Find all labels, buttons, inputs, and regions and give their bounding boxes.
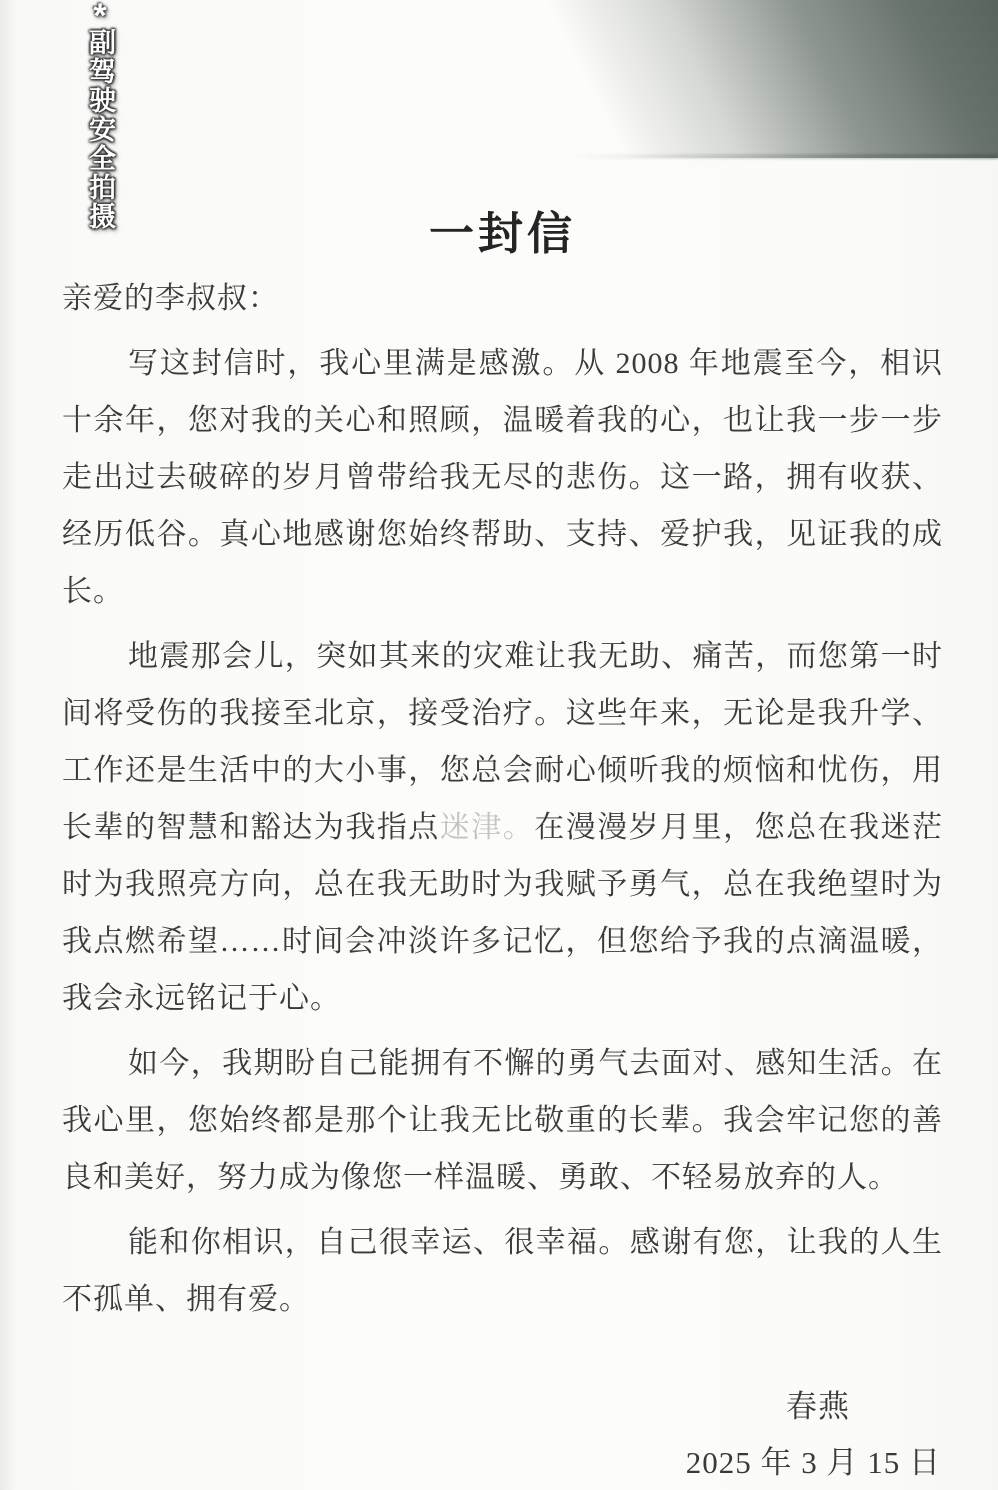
asterisk-mark: * bbox=[76, 4, 124, 28]
letter-line: 间将受伤的我接至北京，接受治疗。这些年来，无论是我升学、 bbox=[62, 685, 943, 742]
signature: 春燕 bbox=[62, 1378, 943, 1435]
watermark-text: 副驾驶安全拍摄 bbox=[76, 28, 124, 231]
letter-photo-page: * 副驾驶安全拍摄 一封信 亲爱的李叔叔： 写这封信时，我心里满是感激。从 20… bbox=[0, 0, 998, 1490]
letter-title: 一封信 bbox=[62, 208, 943, 260]
letter-line: 良和美好，努力成为像您一样温暖、勇敢、不轻易放弃的人。 bbox=[62, 1149, 943, 1206]
date: 2025 年 3 月 15 日 bbox=[62, 1435, 943, 1490]
letter-line: 不孤单、拥有爱。 bbox=[62, 1271, 943, 1328]
paragraph-2: 地震那会儿，突如其来的灾难让我无助、痛苦，而您第一时 间将受伤的我接至北京，接受… bbox=[62, 628, 943, 1027]
letter-line: 长。 bbox=[62, 563, 943, 620]
letter-line-segment: 长辈的智慧和豁达为我指点 bbox=[62, 811, 440, 844]
paragraph-1: 写这封信时，我心里满是感激。从 2008 年地震至今，相识 十余年，您对我的关心… bbox=[62, 335, 943, 620]
letter-line: 我会永远铭记于心。 bbox=[62, 970, 943, 1027]
letter-line: 经历低谷。真心地感谢您始终帮助、支持、爱护我，见证我的成 bbox=[62, 506, 943, 563]
letter-line: 我心里，您始终都是那个让我无比敬重的长辈。我会牢记您的善 bbox=[62, 1092, 943, 1149]
letter-line: 地震那会儿，突如其来的灾难让我无助、痛苦，而您第一时 bbox=[62, 628, 943, 685]
letter-line: 十余年，您对我的关心和照顾，温暖着我的心，也让我一步一步 bbox=[62, 392, 943, 449]
letter-line: 如今，我期盼自己能拥有不懈的勇气去面对、感知生活。在 bbox=[62, 1035, 943, 1092]
letter-body: 一封信 亲爱的李叔叔： 写这封信时，我心里满是感激。从 2008 年地震至今，相… bbox=[62, 208, 943, 1490]
salutation: 亲爱的李叔叔： bbox=[62, 270, 943, 327]
letter-line: 时为我照亮方向，总在我无助时为我赋予勇气，总在我绝望时为 bbox=[62, 856, 943, 913]
faded-text-segment: 迷津。 bbox=[440, 811, 534, 844]
letter-line: 写这封信时，我心里满是感激。从 2008 年地震至今，相识 bbox=[62, 335, 943, 392]
letter-line: 工作还是生活中的大小事，您总会耐心倾听我的烦恼和忧伤，用 bbox=[62, 742, 943, 799]
letter-line: 能和你相识，自己很幸运、很幸福。感谢有您，让我的人生 bbox=[62, 1214, 943, 1271]
paragraph-4: 能和你相识，自己很幸运、很幸福。感谢有您，让我的人生 不孤单、拥有爱。 bbox=[62, 1214, 943, 1328]
letter-line: 长辈的智慧和豁达为我指点迷津。在漫漫岁月里，您总在我迷茫 bbox=[62, 799, 943, 856]
letter-line: 走出过去破碎的岁月曾带给我无尽的悲伤。这一路，拥有收获、 bbox=[62, 449, 943, 506]
photo-corner-shadow bbox=[433, 0, 998, 158]
paragraph-3: 如今，我期盼自己能拥有不懈的勇气去面对、感知生活。在 我心里，您始终都是那个让我… bbox=[62, 1035, 943, 1206]
letter-line-segment: 在漫漫岁月里，您总在我迷茫 bbox=[534, 811, 943, 844]
watermark: * 副驾驶安全拍摄 bbox=[76, 4, 124, 236]
letter-line: 我点燃希望……时间会冲淡许多记忆，但您给予我的点滴温暖， bbox=[62, 913, 943, 970]
